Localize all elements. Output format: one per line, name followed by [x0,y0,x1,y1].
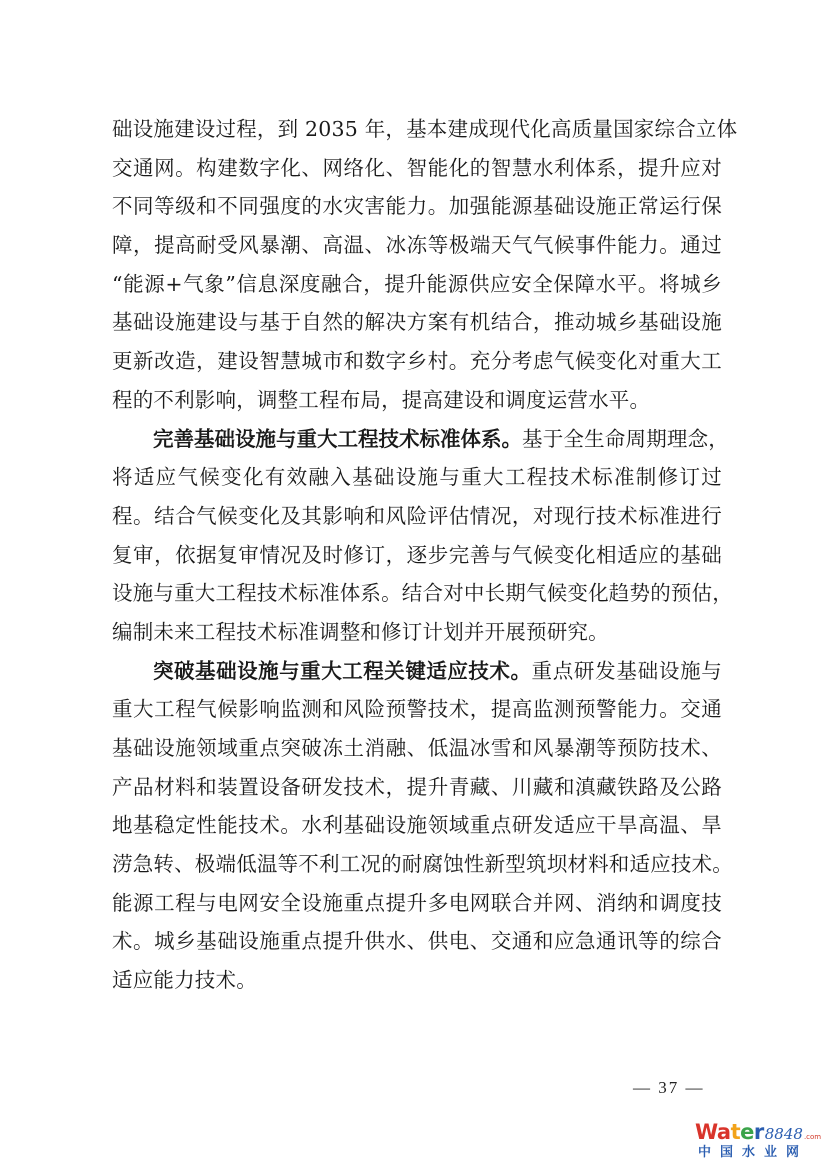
watermark-brand-row: Water 8848 .com [695,1120,823,1144]
text-run: 基于全生命周期理念， [522,427,729,451]
text-line: 能源工程与电网安全设施重点提升多电网联合并网、消纳和调度技 [112,884,722,923]
text-line: “能源+气象”信息深度融合，提升能源供应安全保障水平。将城乡 [112,265,722,304]
watermark-brand: Water [695,1120,764,1144]
text-line: 复审，依据复审情况及时修订，逐步完善与气候变化相适应的基础 [112,536,722,575]
text-run: 重点研发基础设施与 [531,659,722,683]
paragraph-first-line: 突破基础设施与重大工程关键适应技术。重点研发基础设施与 [112,652,722,691]
text-line: 术。城乡基础设施重点提升供水、供电、交通和应急通讯等的综合 [112,922,722,961]
text-line: 将适应气候变化有效融入基础设施与重大工程技术标准制修订过 [112,458,722,497]
text-line: 设施与重大工程技术标准体系。结合对中长期气候变化趋势的预估， [112,574,722,613]
watermark-number: 8848 [765,1122,803,1146]
page-number: — 37 — [633,1078,705,1098]
paragraph-continuation: 础设施建设过程，到 2035 年，基本建成现代化高质量国家综合立体 交通网。构建… [112,110,722,420]
brand-letter: W [695,1120,717,1144]
text-line: 重大工程气候影响监测和风险预警技术，提高监测预警能力。交通 [112,690,722,729]
paragraph-standards-system: 完善基础设施与重大工程技术标准体系。基于全生命周期理念， 将适应气候变化有效融入… [112,420,722,652]
watermark-suffix: .com [804,1133,821,1141]
brand-letter: e [740,1120,754,1144]
text-line: 产品材料和装置设备研发技术，提升青藏、川藏和滇藏铁路及公路 [112,768,722,807]
brand-letter: a [717,1120,731,1144]
section-heading: 完善基础设施与重大工程技术标准体系。 [153,427,522,451]
section-heading: 突破基础设施与重大工程关键适应技术。 [153,659,531,683]
text-line: 涝急转、极端低温等不利工况的耐腐蚀性新型筑坝材料和适应技术。 [112,845,722,884]
paragraph-first-line: 完善基础设施与重大工程技术标准体系。基于全生命周期理念， [112,420,722,459]
text-line: 程。结合气候变化及其影响和风险评估情况，对现行技术标准进行 [112,497,722,536]
brand-letter: t [731,1120,741,1144]
watermark-logo: Water 8848 .com 中国水业网 [695,1120,823,1165]
text-line: 编制未来工程技术标准调整和修订计划并开展预研究。 [112,613,722,652]
text-line: 基础设施领域重点突破冻土消融、低温冰雪和风暴潮等预防技术、 [112,729,722,768]
paragraph-key-adaptation-tech: 突破基础设施与重大工程关键适应技术。重点研发基础设施与 重大工程气候影响监测和风… [112,652,722,1000]
text-line: 适应能力技术。 [112,961,722,1000]
text-line: 程的不利影响，调整工程布局，提高建设和调度运营水平。 [112,381,722,420]
watermark-chinese-name: 中国水业网 [695,1144,823,1162]
text-line: 础设施建设过程，到 2035 年，基本建成现代化高质量国家综合立体 [112,110,722,149]
text-line: 不同等级和不同强度的水灾害能力。加强能源基础设施正常运行保 [112,187,722,226]
text-line: 更新改造，建设智慧城市和数字乡村。充分考虑气候变化对重大工 [112,342,722,381]
text-line: 地基稳定性能技术。水利基础设施领域重点研发适应干旱高温、旱 [112,806,722,845]
brand-letter: r [754,1120,764,1144]
document-body: 础设施建设过程，到 2035 年，基本建成现代化高质量国家综合立体 交通网。构建… [112,110,722,1000]
text-line: 基础设施建设与基于自然的解决方案有机结合，推动城乡基础设施 [112,303,722,342]
text-line: 障，提高耐受风暴潮、高温、冰冻等极端天气气候事件能力。通过 [112,226,722,265]
text-line: 交通网。构建数字化、网络化、智能化的智慧水利体系，提升应对 [112,149,722,188]
